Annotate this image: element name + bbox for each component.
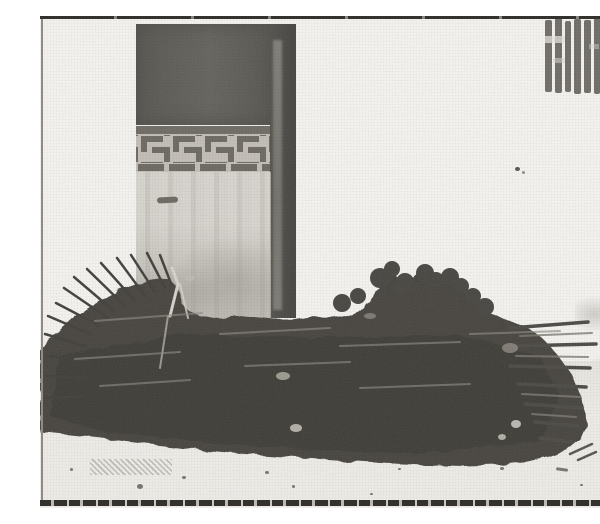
frame-border-top [40, 16, 600, 19]
frame-border-bottom [40, 500, 600, 506]
photograph [40, 16, 600, 508]
brushwood-pile [40, 16, 600, 508]
frame-border-left [41, 19, 43, 500]
stray-twigs-right [570, 444, 596, 460]
